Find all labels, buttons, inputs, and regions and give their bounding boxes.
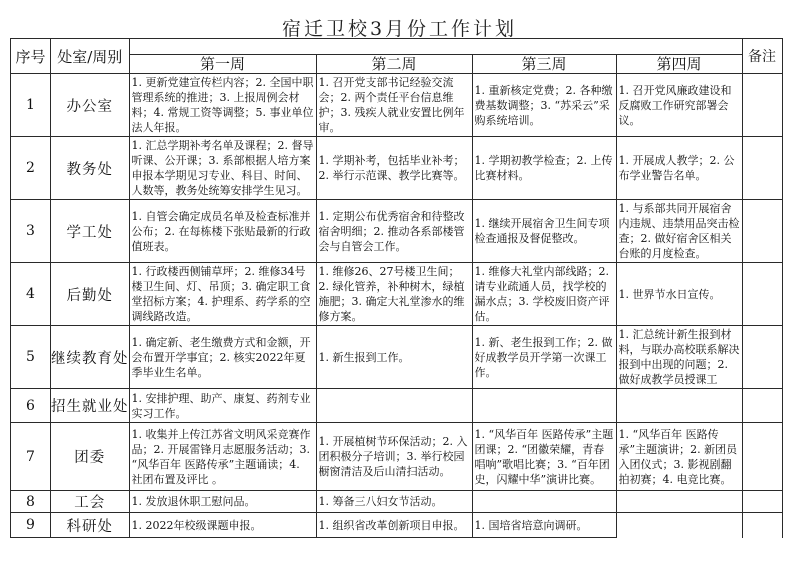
row-department: 办公室 xyxy=(51,74,130,137)
row-week2: 1. 新生报到工作。 xyxy=(316,326,472,389)
row-index: 4 xyxy=(11,263,51,326)
row-notes xyxy=(742,74,782,137)
row-week2: 1. 组织省改革创新项目申报。 xyxy=(316,513,472,538)
row-index: 8 xyxy=(11,491,51,513)
row-week4: 1. 召开党风廉政建设和反腐败工作研究部署会议。 xyxy=(616,74,742,137)
row-index: 3 xyxy=(11,200,51,263)
row-week4: 1. “风华百年 医路传承”主题演讲；2. 新团员入团仪式；3. 影视剧翻拍初赛… xyxy=(616,423,742,491)
row-week1: 1. 确定新、老生缴费方式和金额，开会布置开学事宜；2. 核实2022年夏季毕业… xyxy=(129,326,316,389)
row-week2 xyxy=(316,389,472,423)
row-week3 xyxy=(472,389,616,423)
row-week4 xyxy=(616,389,742,423)
row-week1: 1. 安排护理、助产、康复、药剂专业实习工作。 xyxy=(129,389,316,423)
row-index: 2 xyxy=(11,137,51,200)
header-index: 序号 xyxy=(11,39,51,74)
row-week3: 1. 维修大礼堂内部线路；2. 请专业疏通人员，找学校的漏水点；3. 学校废旧资… xyxy=(472,263,616,326)
row-index: 6 xyxy=(11,389,51,423)
row-week3: 1. 学期初教学检查；2. 上传比赛材料。 xyxy=(472,137,616,200)
row-week1: 1. 自管会确定成员名单及检查标准并公布；2. 在每栋楼下张贴最新的行政值班表。 xyxy=(129,200,316,263)
row-index: 1 xyxy=(11,74,51,137)
row-week1: 1. 行政楼西侧铺草坪；2. 维修34号楼卫生间、灯、吊顶；3. 确定职工食堂招… xyxy=(129,263,316,326)
row-department: 继续教育处 xyxy=(51,326,130,389)
row-week3: 1. 继续开展宿舍卫生间专项检查通报及督促整改。 xyxy=(472,200,616,263)
row-week4 xyxy=(616,491,742,513)
row-notes xyxy=(742,423,782,491)
row-department: 工会 xyxy=(51,491,130,513)
header-notes: 备注 xyxy=(742,39,782,74)
row-week1: 1. 汇总学期补考名单及课程；2. 督导听课、公开课；3. 系部根据人培方案申报… xyxy=(129,137,316,200)
table-row: 6 招生就业处 1. 安排护理、助产、康复、药剂专业实习工作。 xyxy=(11,389,783,423)
table-row: 9 科研处 1. 2022年校级课题申报。 1. 组织省改革创新项目申报。 1.… xyxy=(11,513,783,538)
row-index: 5 xyxy=(11,326,51,389)
work-plan-table: 序号 处室/周别 备注 第一周 第二周 第三周 第四周 1 办公室 1. 更新党… xyxy=(10,38,783,538)
row-week1: 1. 更新党建宣传栏内容；2. 全国中职管理系统的推进；3. 上报周例会材料；4… xyxy=(129,74,316,137)
row-week3: 1. 国培省培意向调研。 xyxy=(472,513,616,538)
row-department: 团委 xyxy=(51,423,130,491)
table-row: 7 团委 1. 收集并上传江苏省文明风采竞赛作品；2. 开展雷锋月志愿服务活动；… xyxy=(11,423,783,491)
table-row: 3 学工处 1. 自管会确定成员名单及检查标准并公布；2. 在每栋楼下张贴最新的… xyxy=(11,200,783,263)
row-notes xyxy=(742,137,782,200)
row-week4: 1. 与系部共同开展宿舍内违规、违禁用品突击检查；2. 做好宿舍区相关台账的月度… xyxy=(616,200,742,263)
row-week2: 1. 定期公布优秀宿舍和待整改宿舍明细；2. 推动各系部楼管会与自管会工作。 xyxy=(316,200,472,263)
row-week2: 1. 学期补考，包括毕业补考；2. 举行示范课、教学比赛等。 xyxy=(316,137,472,200)
row-week4: 1. 开展成人教学；2. 公布学业警告名单。 xyxy=(616,137,742,200)
row-week3: 1. 重新核定党费；2. 各种缴费基数调整；3. “苏采云”采购系统培训。 xyxy=(472,74,616,137)
row-week4: 1. 汇总统计新生报到材料，与联办高校联系解决报到中出现的问题；2. 做好成教学… xyxy=(616,326,742,389)
table-row: 4 后勤处 1. 行政楼西侧铺草坪；2. 维修34号楼卫生间、灯、吊顶；3. 确… xyxy=(11,263,783,326)
row-department: 教务处 xyxy=(51,137,130,200)
header-week-4: 第四周 xyxy=(616,55,742,74)
header-department: 处室/周别 xyxy=(51,39,130,74)
table-row: 2 教务处 1. 汇总学期补考名单及课程；2. 督导听课、公开课；3. 系部根据… xyxy=(11,137,783,200)
row-notes xyxy=(742,200,782,263)
row-notes xyxy=(742,263,782,326)
row-week2: 1. 召开党支部书记经验交流会；2. 两个责任平台信息维护；3. 残疾人就业安置… xyxy=(316,74,472,137)
row-week2: 1. 筹备三八妇女节活动。 xyxy=(316,491,472,513)
table-row: 1 办公室 1. 更新党建宣传栏内容；2. 全国中职管理系统的推进；3. 上报周… xyxy=(11,74,783,137)
row-department: 后勤处 xyxy=(51,263,130,326)
row-department: 招生就业处 xyxy=(51,389,130,423)
header-week-3: 第三周 xyxy=(472,55,616,74)
header-week-2: 第二周 xyxy=(316,55,472,74)
document-title: 宿迁卫校3月份工作计划 xyxy=(0,14,799,41)
row-week4: 1. 世界节水日宣传。 xyxy=(616,263,742,326)
row-index: 9 xyxy=(11,513,51,538)
row-notes xyxy=(742,491,782,513)
table-row: 5 继续教育处 1. 确定新、老生缴费方式和金额，开会布置开学事宜；2. 核实2… xyxy=(11,326,783,389)
row-department: 科研处 xyxy=(51,513,130,538)
row-week3: 1. “风华百年 医路传承”主题团课；2. “团徽荣耀，青春唱响”歌唱比赛；3.… xyxy=(472,423,616,491)
header-weeks-span xyxy=(129,39,742,55)
row-notes xyxy=(742,389,782,423)
row-week1: 1. 收集并上传江苏省文明风采竞赛作品；2. 开展雷锋月志愿服务活动；3. “风… xyxy=(129,423,316,491)
row-index: 7 xyxy=(11,423,51,491)
table-row: 8 工会 1. 发放退休职工慰问品。 1. 筹备三八妇女节活动。 xyxy=(11,491,783,513)
row-week3 xyxy=(472,491,616,513)
row-week1: 1. 2022年校级课题申报。 xyxy=(129,513,316,538)
row-week2: 1. 开展植树节环保活动；2. 入团积极分子培训；3. 举行校园橱窗清洁及后山清… xyxy=(316,423,472,491)
row-department: 学工处 xyxy=(51,200,130,263)
row-week3: 1. 新、老生报到工作；2. 做好成教学员开学第一次课工作。 xyxy=(472,326,616,389)
row-week2: 1. 维修26、27号楼卫生间；2. 绿化管养，补种树木，绿植施肥；3. 确定大… xyxy=(316,263,472,326)
row-notes xyxy=(742,326,782,389)
header-week-1: 第一周 xyxy=(129,55,316,74)
row-notes xyxy=(742,513,782,538)
row-week4 xyxy=(616,513,742,538)
row-week1: 1. 发放退休职工慰问品。 xyxy=(129,491,316,513)
